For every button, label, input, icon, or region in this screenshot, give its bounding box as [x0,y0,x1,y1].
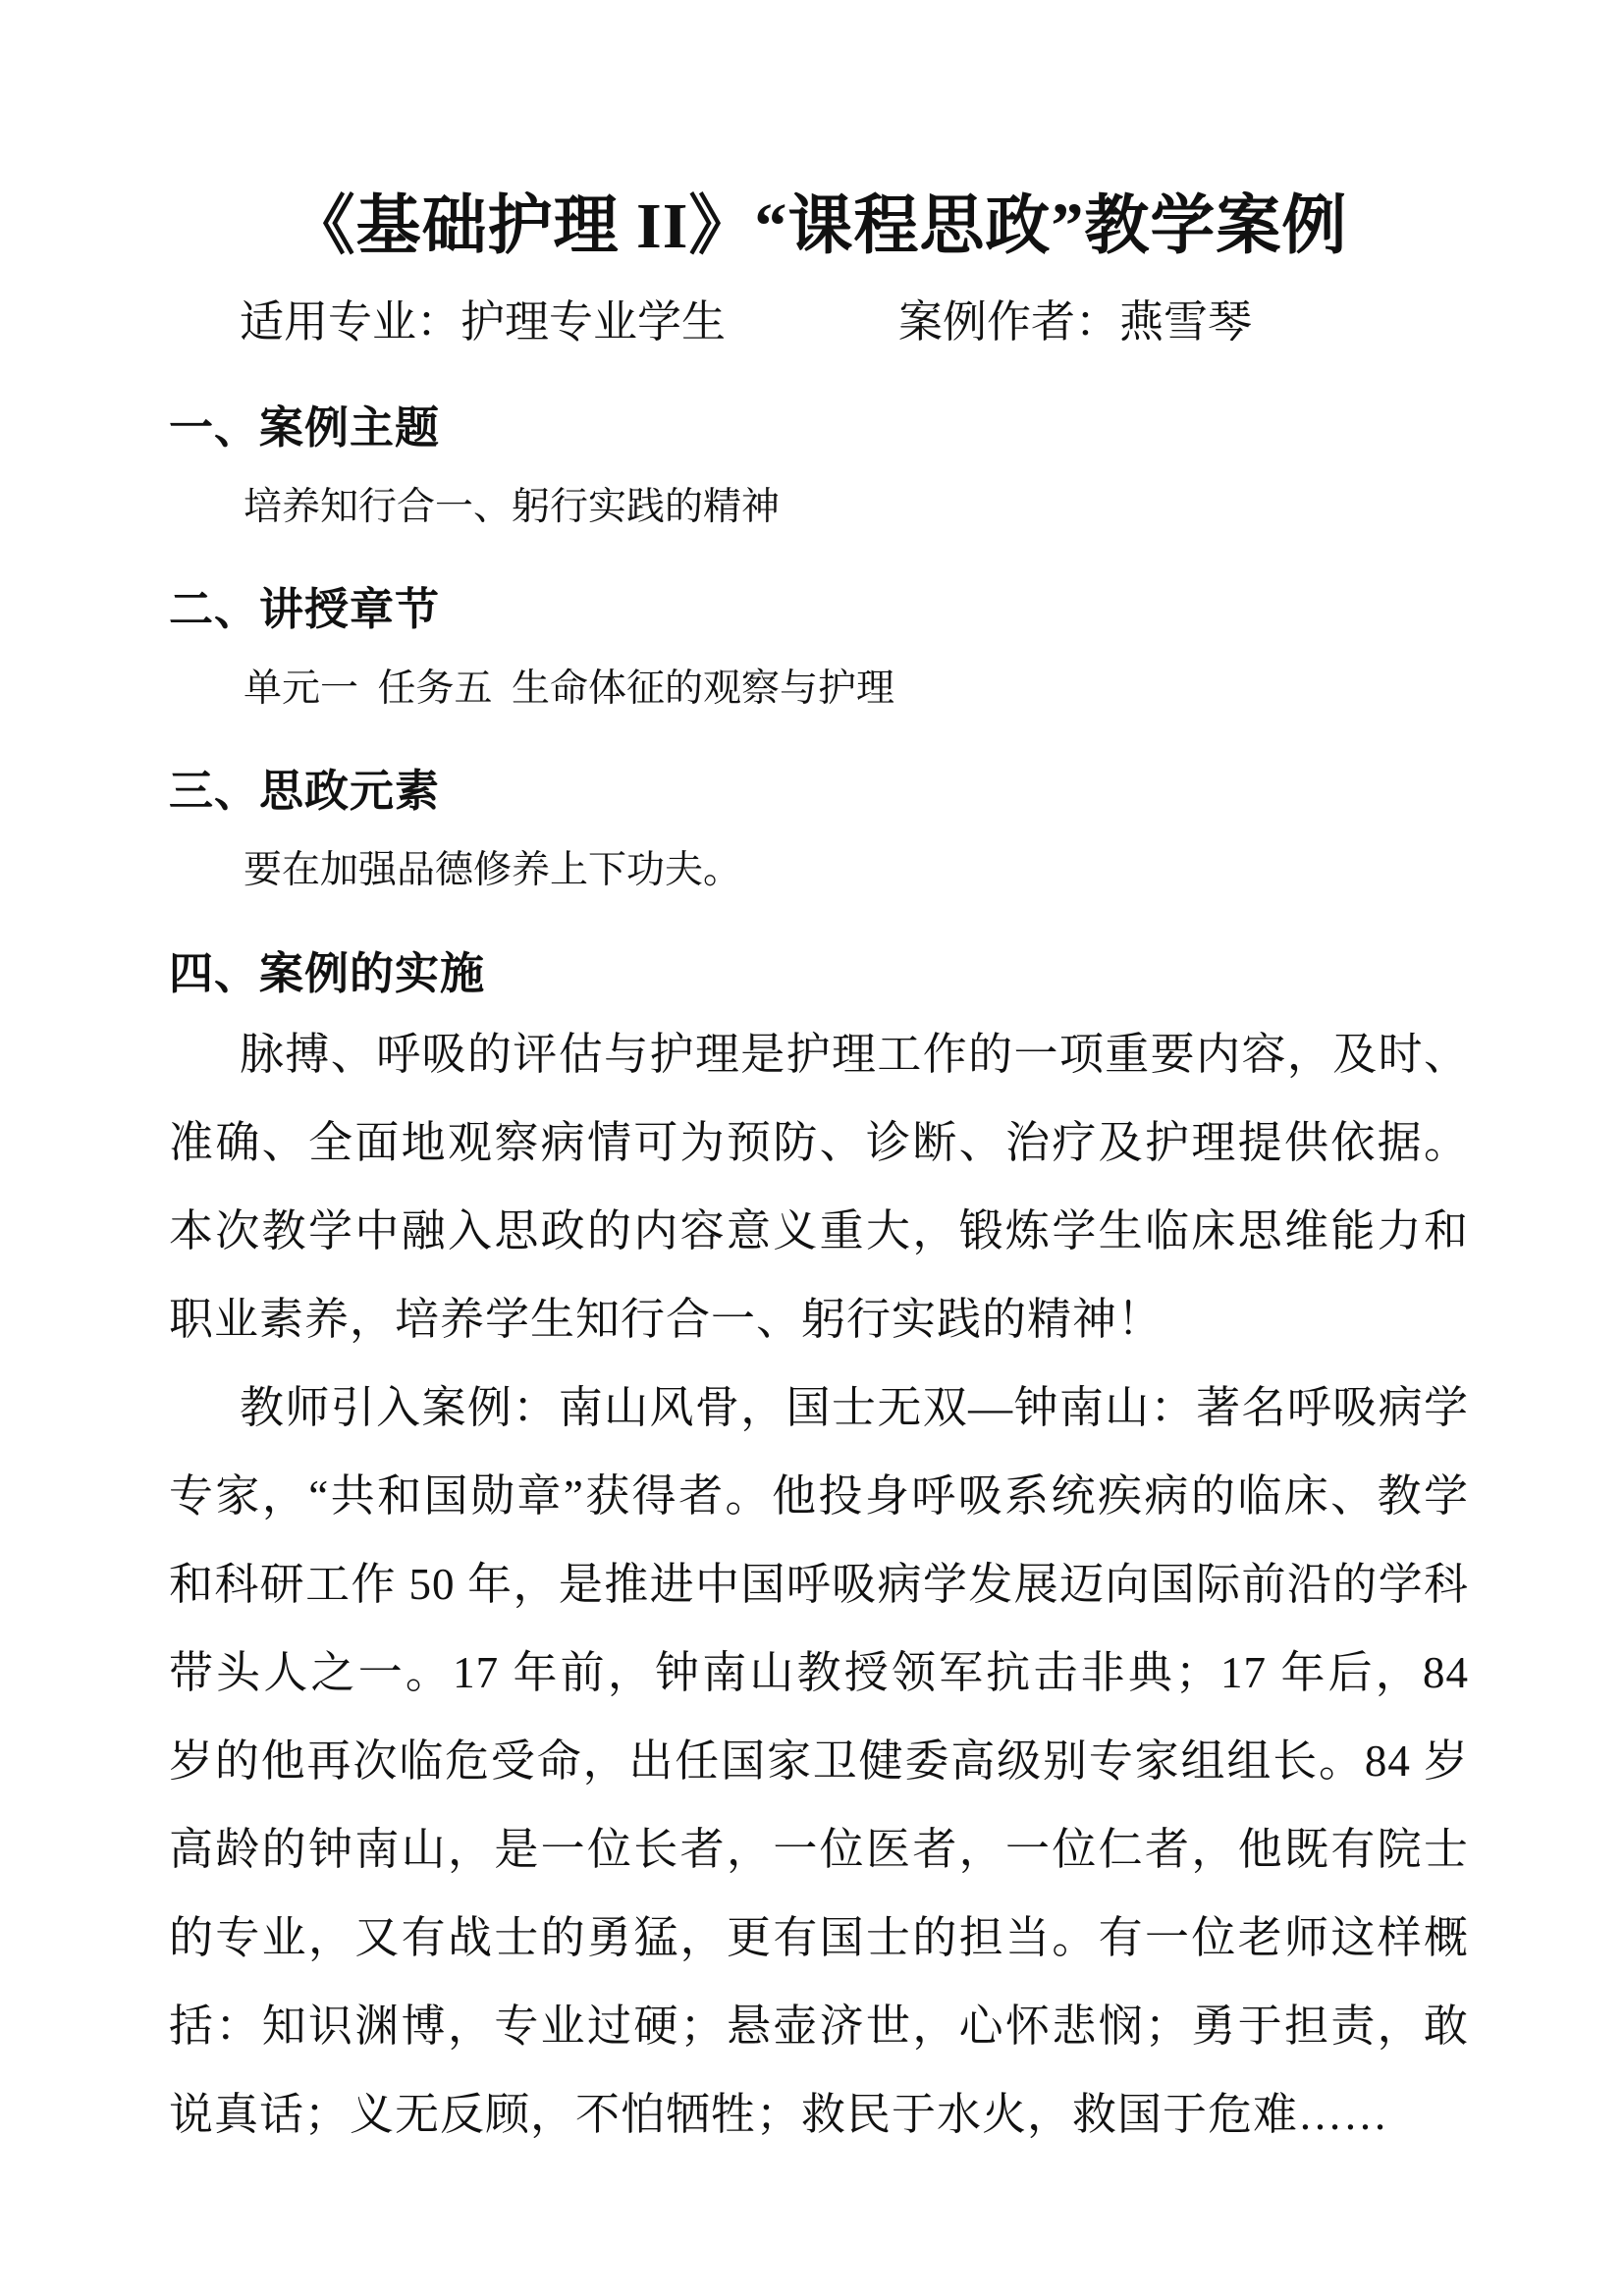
meta-audience: 适用专业：护理专业学生 [240,294,726,351]
document-page: 《基础护理 II》“课程思政”教学案例 适用专业：护理专业学生 案例作者：燕雪琴… [0,0,1624,2296]
section-heading-1: 一、案例主题 [169,400,1469,457]
document-title: 《基础护理 II》“课程思政”教学案例 [169,187,1469,268]
meta-line: 适用专业：护理专业学生 案例作者：燕雪琴 [240,294,1469,351]
meta-author: 案例作者：燕雪琴 [898,294,1252,351]
section-heading-4: 四、案例的实施 [169,945,1469,1003]
section-heading-2: 二、讲授章节 [169,581,1469,639]
body-paragraph-2: 教师引入案例：南山风骨，国士无双—钟南山：著名呼吸病学专家，“共和国勋章”获得者… [169,1363,1469,2159]
section-body: 脉搏、呼吸的评估与护理是护理工作的一项重要内容，及时、准确、全面地观察病情可为预… [169,1010,1469,2159]
section-content-3: 要在加强品德修养上下功夫。 [244,846,1469,896]
section-content-2: 单元一 任务五 生命体征的观察与护理 [244,665,1469,715]
body-paragraph-1: 脉搏、呼吸的评估与护理是护理工作的一项重要内容，及时、准确、全面地观察病情可为预… [169,1010,1469,1363]
section-heading-3: 三、思政元素 [169,763,1469,821]
section-content-1: 培养知行合一、躬行实践的精神 [244,483,1469,533]
